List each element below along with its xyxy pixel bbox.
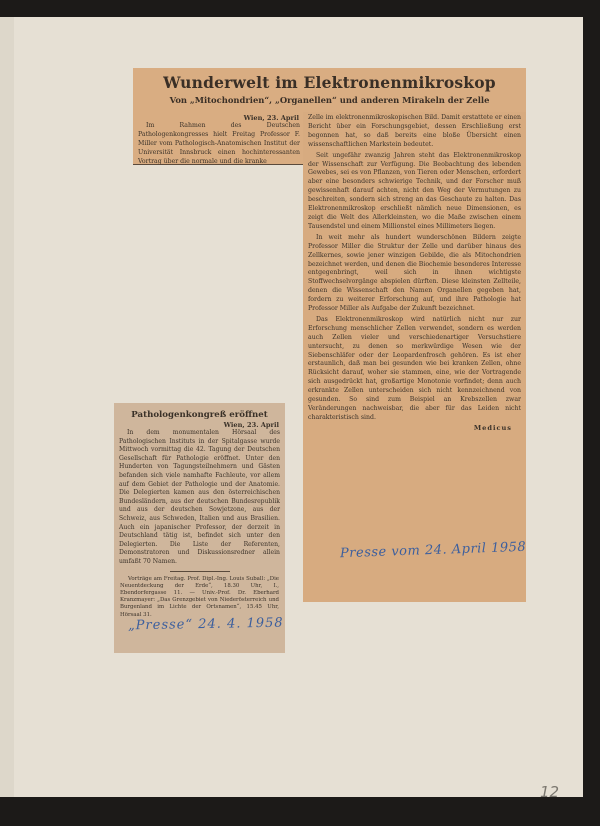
clipping-1-subheadline: Von „Mitochondrien“, „Organellen“ und an…: [133, 95, 526, 105]
clipping-1-body: Zelle im elektronenmikroskopischen Bild.…: [303, 112, 526, 423]
clipping-2-handwritten-note: „Presse“ 24. 4. 1958: [128, 616, 284, 634]
clipping-2-lectures: Vorträge am Freitag. Prof. Dipl.-Ing. Lo…: [114, 576, 285, 619]
clipping-1-main-column: Zelle im elektronenmikroskopischen Bild.…: [303, 112, 526, 602]
section-divider: [170, 571, 230, 572]
clipping-1-author: Medicus: [303, 424, 526, 432]
clipping-1-headline: Wunderwelt im Elektronenmikroskop: [133, 73, 526, 92]
clipping-2-paragraph: In dem monumentalen Hörsaal des Patholog…: [119, 429, 280, 567]
clipping-1-paragraph: Zelle im elektronenmikroskopischen Bild.…: [308, 114, 521, 150]
clipping-1-dateline: Wien, 23. April: [133, 114, 305, 122]
clipping-1-header: Wunderwelt im Elektronenmikroskop Von „M…: [133, 68, 526, 112]
page-number: 12: [540, 783, 559, 801]
clipping-1-lead-column: Wien, 23. April Im Rahmen des Deutschen …: [133, 112, 305, 164]
clipping-2-headline: Pathologenkongreß eröffnet: [114, 410, 285, 420]
clipping-2-body: In dem monumentalen Hörsaal des Patholog…: [114, 429, 285, 567]
clipping-1-lead: Im Rahmen des Deutschen Pathologenkongre…: [133, 122, 305, 167]
clipping-1-lead-paragraph: Im Rahmen des Deutschen Pathologenkongre…: [138, 122, 300, 167]
clipping-1-paragraph: Das Elektronenmikroskop wird natürlich n…: [308, 316, 521, 423]
clipping-1-paragraph: Seit ungefähr zwanzig Jahren steht das E…: [308, 152, 521, 232]
column-end-rule: [133, 164, 304, 165]
clipping-2-dateline: Wien, 23. April: [114, 421, 285, 429]
clipping-1-paragraph: In weit mehr als hundert wunderschönen B…: [308, 234, 521, 314]
